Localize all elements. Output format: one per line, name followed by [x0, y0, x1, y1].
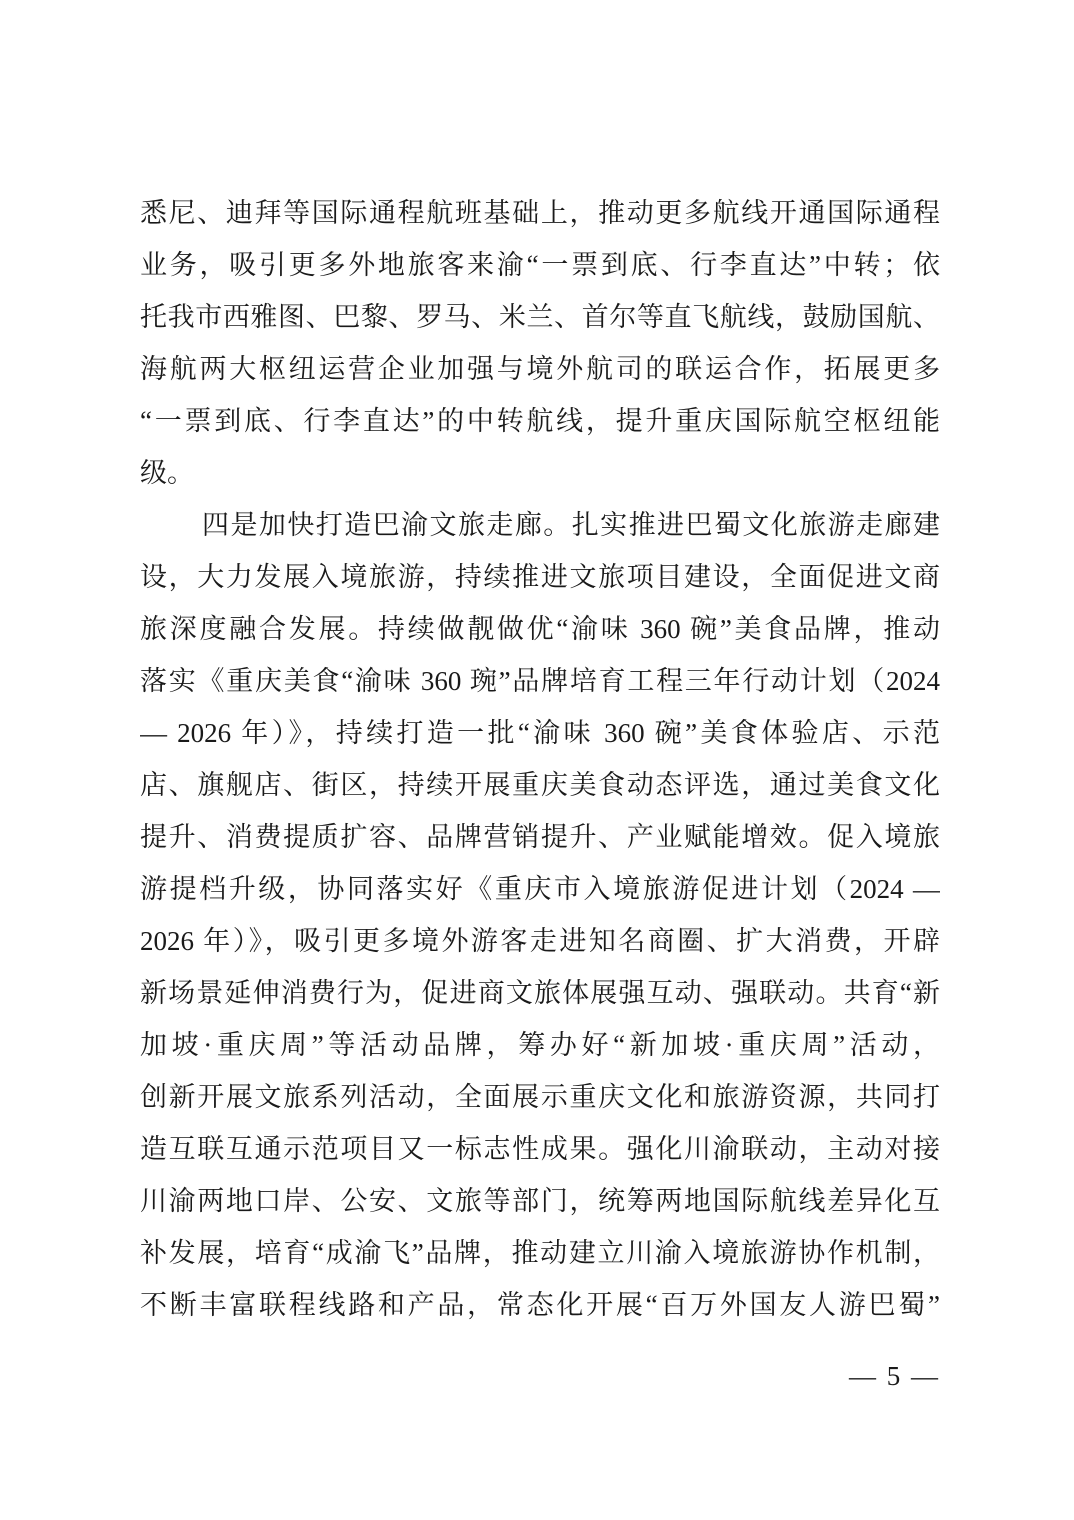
- text-line: 造互联互通示范项目又一标志性成果。强化川渝联动，主动对接: [140, 1123, 940, 1175]
- document-page: 悉尼、迪拜等国际通程航班基础上，推动更多航线开通国际通程 业务，吸引更多外地旅客…: [0, 0, 1074, 1520]
- text-line: 海航两大枢纽运营企业加强与境外航司的联运合作，拓展更多: [140, 343, 940, 395]
- text-line: 设，大力发展入境旅游，持续推进文旅项目建设，全面促进文商: [140, 551, 940, 603]
- text-line: 创新开展文旅系列活动，全面展示重庆文化和旅游资源，共同打: [140, 1071, 940, 1123]
- text-line: 2026 年）》，吸引更多境外游客走进知名商圈、扩大消费，开辟: [140, 915, 940, 967]
- text-line: 店、旗舰店、街区，持续开展重庆美食动态评选，通过美食文化: [140, 759, 940, 811]
- page-number: — 5 —: [849, 1361, 940, 1391]
- text-line: 悉尼、迪拜等国际通程航班基础上，推动更多航线开通国际通程: [140, 187, 940, 239]
- text-line: 级。: [140, 447, 940, 499]
- text-line: — 2026 年）》，持续打造一批“渝味 360 碗”美食体验店、示范: [140, 707, 940, 759]
- text-line: “一票到底、行李直达”的中转航线，提升重庆国际航空枢纽能: [140, 395, 940, 447]
- text-line: 新场景延伸消费行为，促进商文旅体展强互动、强联动。共育“新: [140, 967, 940, 1019]
- text-line: 不断丰富联程线路和产品，常态化开展“百万外国友人游巴蜀”: [140, 1279, 940, 1331]
- text-line: 旅深度融合发展。持续做靓做优“渝味 360 碗”美食品牌，推动: [140, 603, 940, 655]
- paragraph: 悉尼、迪拜等国际通程航班基础上，推动更多航线开通国际通程 业务，吸引更多外地旅客…: [140, 187, 940, 499]
- text-line: 提升、消费提质扩容、品牌营销提升、产业赋能增效。促入境旅: [140, 811, 940, 863]
- text-line: 补发展，培育“成渝飞”品牌，推动建立川渝入境旅游协作机制，: [140, 1227, 940, 1279]
- text-line: 加坡·重庆周”等活动品牌，筹办好“新加坡·重庆周”活动，: [140, 1019, 940, 1071]
- text-line: 业务，吸引更多外地旅客来渝“一票到底、行李直达”中转；依: [140, 239, 940, 291]
- page-footer: — 5 —: [140, 1358, 940, 1394]
- text-line: 游提档升级，协同落实好《重庆市入境旅游促进计划（2024 —: [140, 863, 940, 915]
- body-text: 悉尼、迪拜等国际通程航班基础上，推动更多航线开通国际通程 业务，吸引更多外地旅客…: [140, 187, 940, 1331]
- text-line: 四是加快打造巴渝文旅走廊。扎实推进巴蜀文化旅游走廊建: [140, 499, 940, 551]
- text-line: 川渝两地口岸、公安、文旅等部门，统筹两地国际航线差异化互: [140, 1175, 940, 1227]
- text-line: 落实《重庆美食“渝味 360 琬”品牌培育工程三年行动计划（2024: [140, 655, 940, 707]
- paragraph: 四是加快打造巴渝文旅走廊。扎实推进巴蜀文化旅游走廊建 设，大力发展入境旅游，持续…: [140, 499, 940, 1331]
- text-line: 托我市西雅图、巴黎、罗马、米兰、首尔等直飞航线，鼓励国航、: [140, 291, 940, 343]
